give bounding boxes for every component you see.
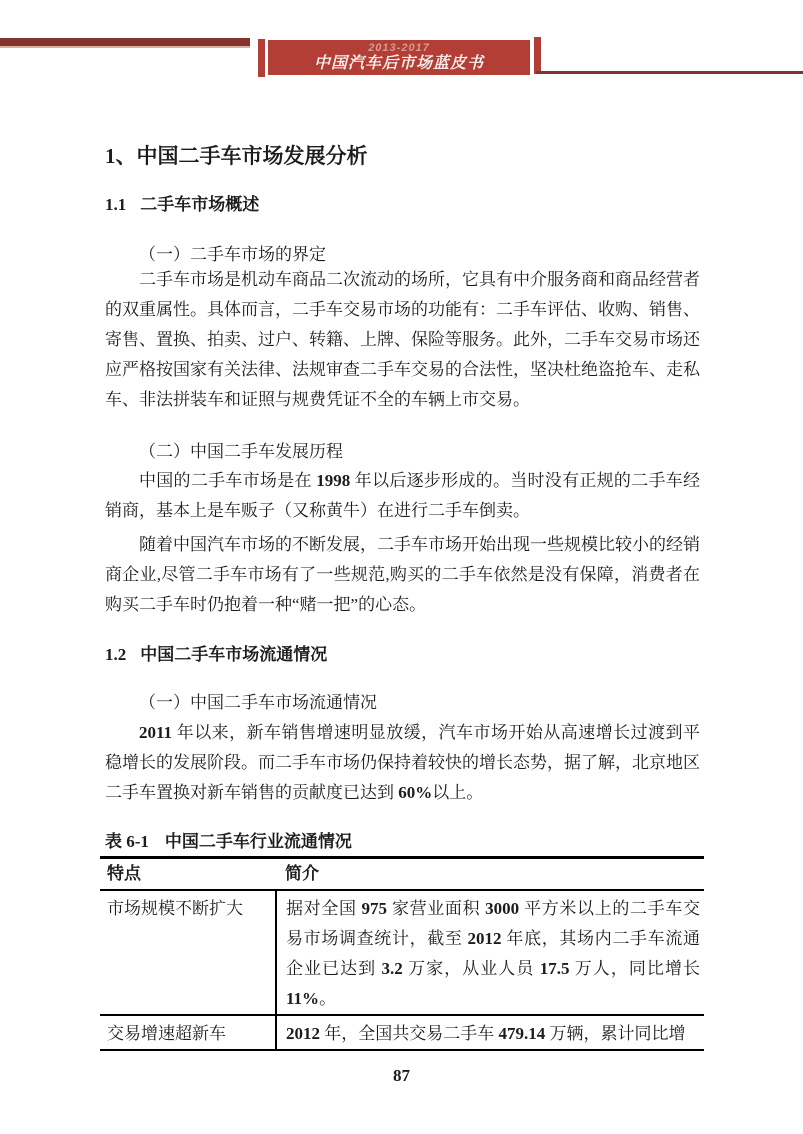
desc-cell: 2012 年，全国共交易二手车 479.14 万辆，累计同比增: [276, 1015, 704, 1050]
document-page: 2013-2017 中国汽车后市场蓝皮书 1、中国二手车市场发展分析 1.1二手…: [0, 0, 803, 1134]
table-row: 市场规模不断扩大 据对全国 975 家营业面积 3000 平方米以上的二手车交易…: [100, 890, 704, 1015]
circulation-table: 特点 简介 市场规模不断扩大 据对全国 975 家营业面积 3000 平方米以上…: [100, 856, 704, 1051]
section-heading-1-2: 1.2中国二手车市场流通情况: [105, 644, 700, 666]
header-right-rule: [536, 71, 803, 74]
column-header-feature: 特点: [100, 858, 276, 891]
header-left-rule: [0, 38, 250, 48]
feature-cell: 市场规模不断扩大: [100, 890, 276, 1015]
table-number: 表 6-1: [105, 831, 149, 853]
table-caption: 表 6-1中国二手车行业流通情况: [105, 831, 700, 853]
section-title: 二手车市场概述: [140, 195, 259, 214]
paragraph-history-1: 中国的二手车市场是在 1998 年以后逐步形成的。当时没有正规的二手车经销商，基…: [105, 466, 700, 526]
section-heading-1-1: 1.1二手车市场概述: [105, 194, 700, 216]
section-number: 1.1: [105, 194, 126, 216]
subsection-heading-history: （二）中国二手车发展历程: [105, 437, 700, 467]
page-number: 87: [0, 1066, 803, 1086]
table-title: 中国二手车行业流通情况: [165, 832, 352, 851]
feature-cell: 交易增速超新车: [100, 1015, 276, 1050]
chapter-title: 1、中国二手车市场发展分析: [105, 142, 700, 170]
header-right-tick: [534, 37, 541, 74]
paragraph-market-definition: 二手车市场是机动车商品二次流动的场所，它具有中介服务商和商品经营者的双重属性。具…: [105, 265, 700, 415]
banner-years-label: 2013-2017: [368, 42, 430, 54]
banner-title: 中国汽车后市场蓝皮书: [314, 54, 484, 73]
desc-cell: 据对全国 975 家营业面积 3000 平方米以上的二手车交易市场调查统计，截至…: [276, 890, 704, 1015]
section-number: 1.2: [105, 644, 126, 666]
header-left-tick: [258, 39, 265, 77]
paragraph-circulation: 2011 年以来，新车销售增速明显放缓，汽车市场开始从高速增长过渡到平稳增长的发…: [105, 718, 700, 808]
subsection-heading-circulation: （一）中国二手车市场流通情况: [105, 688, 700, 718]
table-row: 交易增速超新车 2012 年，全国共交易二手车 479.14 万辆，累计同比增: [100, 1015, 704, 1050]
header-banner: 2013-2017 中国汽车后市场蓝皮书: [268, 40, 530, 75]
section-title: 中国二手车市场流通情况: [140, 645, 327, 664]
column-header-desc: 简介: [276, 858, 704, 891]
paragraph-history-2: 随着中国汽车市场的不断发展，二手车市场开始出现一些规模比较小的经销商企业,尽管二…: [105, 530, 700, 620]
table-header-row: 特点 简介: [100, 858, 704, 891]
